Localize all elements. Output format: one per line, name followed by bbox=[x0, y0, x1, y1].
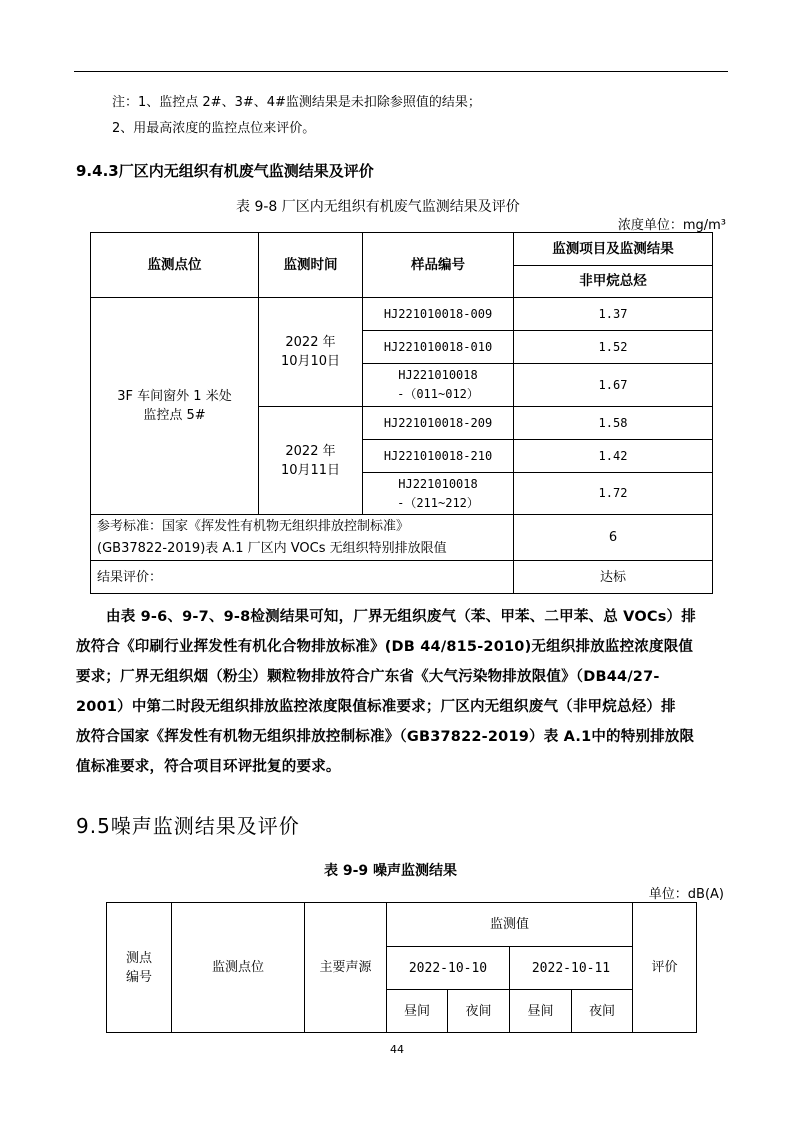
date-line-2: 10月10日 bbox=[259, 352, 362, 371]
header-point-id: 测点 编号 bbox=[107, 903, 172, 1033]
section-heading-9-4-3: 9.4.3厂区内无组织有机废气监测结果及评价 bbox=[76, 160, 374, 181]
header-point-id-line-1: 测点 bbox=[107, 949, 171, 968]
reference-row: 参考标准：国家《挥发性有机物无组织排放控制标准》 (GB37822-2019)表… bbox=[91, 515, 713, 561]
header-source: 主要声源 bbox=[305, 903, 387, 1033]
sample-id: HJ221010018-009 bbox=[363, 298, 514, 331]
header-day-1: 昼间 bbox=[387, 990, 448, 1033]
conclusion-line: 放符合《印刷行业挥发性有机化合物排放标准》(DB 44/815-2010)无组织… bbox=[76, 632, 728, 662]
header-evaluation: 评价 bbox=[633, 903, 697, 1033]
table-9-8-caption: 表 9-8 厂区内无组织有机废气监测结果及评价 bbox=[236, 196, 520, 216]
page-number: 44 bbox=[0, 1043, 794, 1056]
date-cell: 2022 年 10月11日 bbox=[259, 407, 363, 515]
date-line-1: 2022 年 bbox=[259, 442, 362, 461]
header-night-2: 夜间 bbox=[572, 990, 633, 1033]
note-line-1: 注：1、监控点 2#、3#、4#监测结果是未扣除参照值的结果； bbox=[112, 93, 481, 113]
conclusion-line: 要求；厂界无组织烟（粉尘）颗粒物排放符合广东省《大气污染物排放限值》（DB44/… bbox=[76, 662, 728, 692]
header-measured: 监测值 bbox=[387, 903, 633, 947]
nmhc-value: 1.58 bbox=[514, 407, 713, 440]
evaluation-label: 结果评价： bbox=[91, 561, 514, 594]
nmhc-value: 1.42 bbox=[514, 440, 713, 473]
table-9-8: 监测点位 监测时间 样品编号 监测项目及监测结果 非甲烷总烃 3F 车间窗外 1… bbox=[90, 232, 713, 594]
sample-id-line-1: HJ221010018 bbox=[363, 475, 513, 494]
sample-id: HJ221010018 -（011~012） bbox=[363, 364, 514, 407]
conclusion-line: 2001）中第二时段无组织排放监控浓度限值标准要求；厂区内无组织废气（非甲烷总烃… bbox=[76, 692, 728, 722]
table-9-9: 测点 编号 监测点位 主要声源 监测值 评价 2022-10-10 2022-1… bbox=[106, 902, 697, 1033]
date-cell: 2022 年 10月10日 bbox=[259, 298, 363, 407]
header-rule bbox=[74, 71, 728, 72]
sample-id-line-2: -（011~012） bbox=[363, 385, 513, 404]
conclusion-line: 放符合国家《挥发性有机物无组织排放控制标准》（GB37822-2019）表 A.… bbox=[76, 722, 728, 752]
table-9-9-unit: 单位：dB(A) bbox=[649, 883, 724, 902]
sample-id: HJ221010018-210 bbox=[363, 440, 514, 473]
header-day-2: 昼间 bbox=[510, 990, 572, 1033]
date-line-2: 10月11日 bbox=[259, 461, 362, 480]
location-line-1: 3F 车间窗外 1 米处 bbox=[91, 387, 258, 406]
reference-value: 6 bbox=[514, 515, 713, 561]
header-item-result: 监测项目及监测结果 bbox=[514, 233, 713, 266]
header-date-1: 2022-10-10 bbox=[387, 947, 510, 990]
header-nmhc: 非甲烷总烃 bbox=[514, 266, 713, 298]
nmhc-value: 1.52 bbox=[514, 331, 713, 364]
location-cell: 3F 车间窗外 1 米处 监控点 5# bbox=[91, 298, 259, 515]
conclusion-line: 由表 9-6、9-7、9-8检测结果可知，厂界无组织废气（苯、甲苯、二甲苯、总 … bbox=[76, 602, 728, 632]
nmhc-value: 1.37 bbox=[514, 298, 713, 331]
table-row: 3F 车间窗外 1 米处 监控点 5# 2022 年 10月10日 HJ2210… bbox=[91, 298, 713, 331]
section-heading-9-5: 9.5噪声监测结果及评价 bbox=[76, 810, 300, 839]
date-line-1: 2022 年 bbox=[259, 333, 362, 352]
note-line-2: 2、用最高浓度的监控点位来评价。 bbox=[112, 119, 315, 139]
evaluation-value: 达标 bbox=[514, 561, 713, 594]
header-date-2: 2022-10-11 bbox=[510, 947, 633, 990]
table-9-9-caption: 表 9-9 噪声监测结果 bbox=[324, 860, 457, 880]
reference-line-1: 参考标准：国家《挥发性有机物无组织排放控制标准》 bbox=[97, 516, 513, 538]
header-night-1: 夜间 bbox=[448, 990, 510, 1033]
table-9-8-unit: 浓度单位：mg/m³ bbox=[618, 214, 726, 233]
nmhc-value: 1.72 bbox=[514, 473, 713, 515]
location-line-2: 监控点 5# bbox=[91, 406, 258, 425]
sample-id-line-2: -（211~212） bbox=[363, 494, 513, 513]
header-location: 监测点位 bbox=[91, 233, 259, 298]
reference-standard: 参考标准：国家《挥发性有机物无组织排放控制标准》 (GB37822-2019)表… bbox=[91, 515, 514, 561]
header-time: 监测时间 bbox=[259, 233, 363, 298]
header-point-id-line-2: 编号 bbox=[107, 968, 171, 987]
conclusion-paragraph: 由表 9-6、9-7、9-8检测结果可知，厂界无组织废气（苯、甲苯、二甲苯、总 … bbox=[76, 602, 728, 782]
sample-id-line-1: HJ221010018 bbox=[363, 366, 513, 385]
sample-id: HJ221010018 -（211~212） bbox=[363, 473, 514, 515]
nmhc-value: 1.67 bbox=[514, 364, 713, 407]
reference-line-2: (GB37822-2019)表 A.1 厂区内 VOCs 无组织特别排放限值 bbox=[97, 538, 513, 560]
sample-id: HJ221010018-010 bbox=[363, 331, 514, 364]
conclusion-line: 值标准要求，符合项目环评批复的要求。 bbox=[76, 752, 728, 782]
evaluation-row: 结果评价： 达标 bbox=[91, 561, 713, 594]
header-location: 监测点位 bbox=[172, 903, 305, 1033]
sample-id: HJ221010018-209 bbox=[363, 407, 514, 440]
header-sample-id: 样品编号 bbox=[363, 233, 514, 298]
